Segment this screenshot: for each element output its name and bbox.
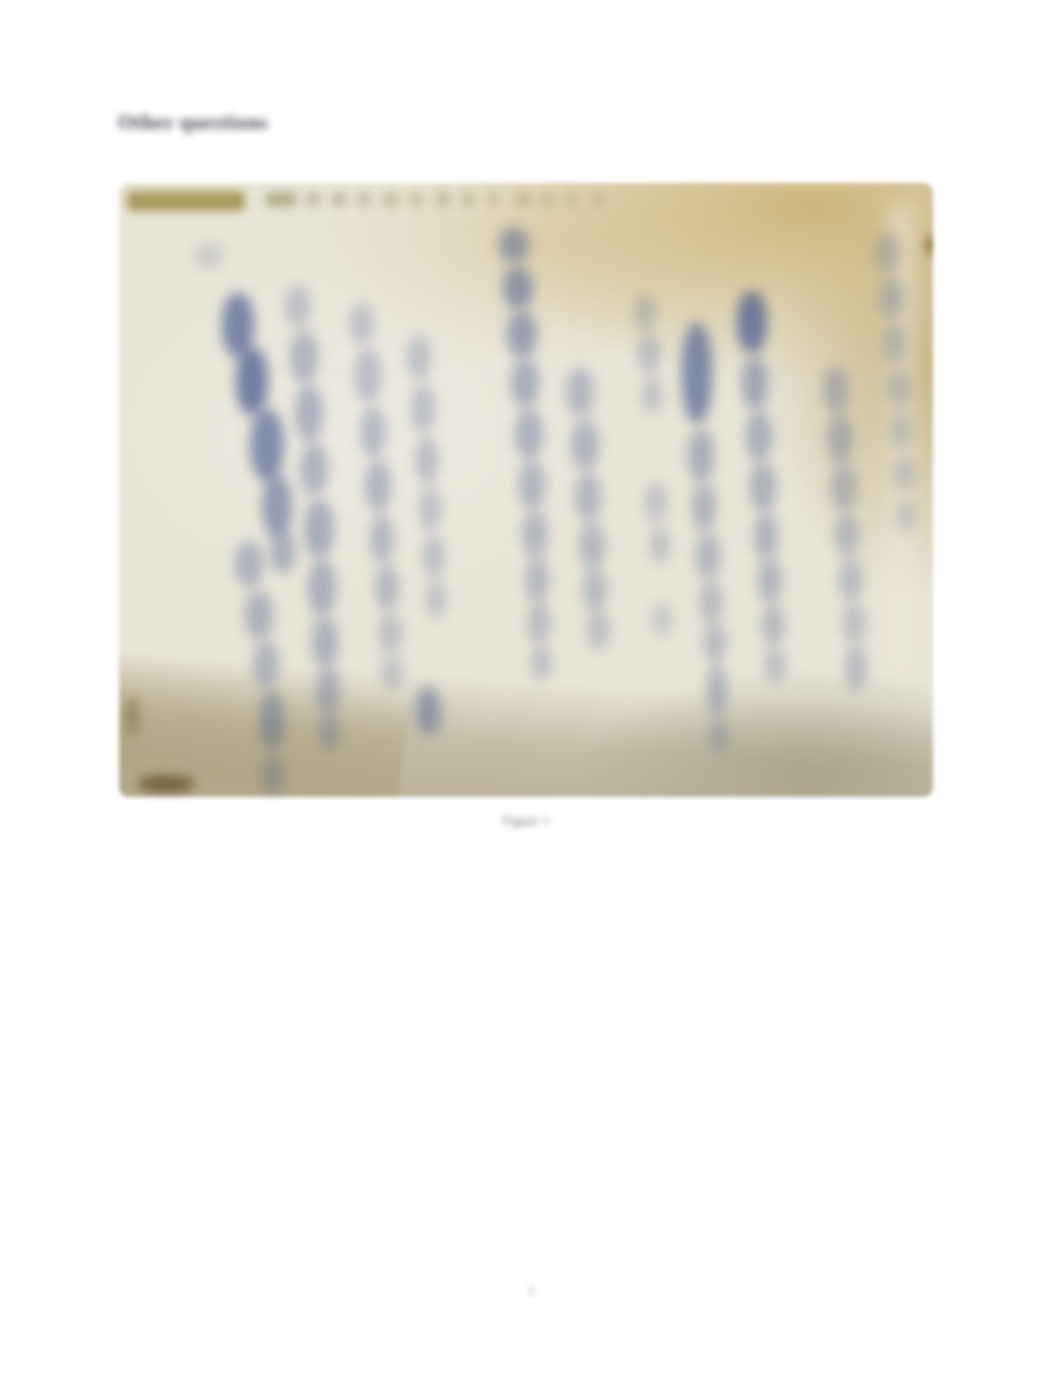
photo-top-tan-dash [593, 192, 605, 207]
figure-caption: Figure 1 [119, 814, 933, 830]
ink-stroke [382, 655, 402, 690]
ink-stroke [419, 487, 441, 531]
ink-stroke [304, 500, 334, 558]
ink-stroke [370, 515, 394, 563]
ink-stroke [704, 623, 726, 663]
photo-top-tan-dash [409, 192, 423, 207]
ink-stroke [880, 277, 904, 319]
ink-stroke [250, 409, 284, 481]
ink-stroke [646, 483, 666, 523]
ink-stroke [263, 755, 283, 795]
ink-stroke [843, 603, 865, 643]
ink-stroke [762, 605, 784, 645]
photo-top-tan-dash [435, 192, 451, 207]
ink-stroke [319, 713, 339, 751]
ink-stroke [360, 407, 386, 457]
ink-stroke [634, 295, 656, 331]
ink-stroke [420, 690, 442, 735]
ink-stroke [411, 385, 435, 433]
ink-stroke [499, 227, 529, 263]
ink-stroke [823, 367, 849, 413]
ink-stroke [750, 463, 776, 511]
ink-stroke [682, 323, 712, 423]
ink-stroke [245, 591, 273, 639]
ink-stroke [839, 559, 863, 601]
ink-stroke [653, 603, 671, 635]
ink-stroke [262, 475, 292, 537]
ink-stroke [710, 718, 728, 752]
ink-stroke [316, 667, 340, 713]
photo-dark-spot [125, 695, 139, 737]
photo-top-tan-dash [567, 192, 577, 207]
ink-stroke [379, 613, 401, 653]
page-number: 2 [0, 1284, 1062, 1300]
photo-top-tan-dash [515, 192, 531, 207]
ink-stroke [707, 665, 727, 715]
ink-stroke [876, 233, 900, 273]
ink-stroke [260, 691, 284, 749]
ink-stroke [758, 559, 782, 603]
ink-stroke [827, 415, 853, 463]
ink-stroke [528, 603, 550, 643]
photo-top-tan-dash [487, 192, 499, 207]
ink-stroke [742, 357, 768, 409]
ink-stroke [754, 513, 778, 559]
ink-stroke [525, 558, 549, 602]
ink-stroke [531, 645, 551, 680]
ink-stroke [831, 465, 857, 511]
ink-stroke [519, 461, 545, 509]
ink-stroke [415, 437, 439, 483]
ink-stroke [522, 511, 548, 557]
document-page: Other questions Figure 1 2 [0, 0, 1062, 1377]
photo-top-tan-dash [461, 192, 475, 207]
ink-stroke [888, 369, 910, 407]
ink-stroke [891, 413, 911, 449]
ink-stroke [355, 350, 381, 402]
photo-top-tan-dash [357, 192, 371, 207]
ink-stroke [846, 645, 866, 691]
ink-stroke [650, 527, 670, 563]
ink-stroke [638, 335, 660, 373]
ink-stroke [375, 565, 399, 610]
ink-stroke [575, 473, 601, 521]
ink-stroke [688, 429, 714, 481]
ink-stroke [587, 611, 609, 649]
ink-stroke [236, 347, 268, 415]
ink-stroke [270, 531, 296, 573]
ink-stroke [426, 580, 446, 618]
ink-stroke [285, 285, 311, 327]
photo-top-tan-dash [383, 192, 399, 207]
ink-stroke [746, 411, 772, 461]
ink-stroke [507, 311, 537, 357]
ink-stroke [350, 303, 374, 345]
ink-stroke [835, 513, 859, 557]
ink-stroke [897, 500, 915, 532]
ink-stroke [295, 385, 323, 441]
ink-stroke [884, 323, 906, 363]
ink-stroke [365, 460, 391, 512]
ink-stroke [423, 535, 445, 577]
ink-stroke [894, 457, 914, 491]
ink-stroke [195, 245, 223, 267]
photo-top-tan-dash [541, 192, 553, 207]
ink-stroke [737, 291, 767, 353]
ink-stroke [515, 409, 543, 459]
ink-stroke [235, 541, 263, 587]
ink-stroke [312, 617, 338, 667]
handwritten-notes-photo [119, 183, 933, 797]
photo-top-tan-dash [331, 192, 347, 207]
ink-stroke [579, 523, 605, 569]
ink-stroke [566, 368, 594, 416]
ink-stroke [300, 443, 328, 495]
photo-top-tan-dash [265, 192, 297, 207]
ink-stroke [511, 359, 539, 407]
ink-stroke [642, 377, 662, 413]
ink-stroke [700, 581, 722, 623]
photo-dark-spot [137, 775, 195, 793]
ink-stroke [290, 331, 318, 383]
photo-top-tan-dash [305, 192, 321, 207]
ink-stroke [692, 483, 716, 531]
ink-stroke [765, 647, 785, 683]
ink-stroke [308, 560, 336, 615]
page-heading: Other questions [118, 110, 268, 135]
ink-stroke [407, 335, 431, 380]
photo-top-tan-bar [127, 191, 245, 211]
ink-stroke [583, 569, 607, 611]
ink-stroke [503, 267, 533, 309]
ink-stroke [696, 533, 720, 579]
ink-stroke [571, 420, 599, 470]
ink-stroke [253, 641, 279, 687]
